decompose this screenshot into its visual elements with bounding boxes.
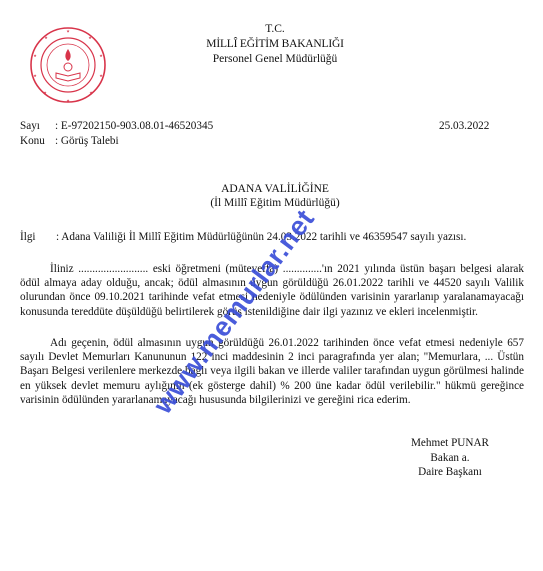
sayi-label: Sayı [20, 119, 40, 134]
svg-text:★: ★ [66, 98, 70, 103]
konu-value: : Görüş Talebi [55, 134, 119, 149]
svg-text:★: ★ [99, 53, 103, 58]
konu-label: Konu [20, 134, 45, 149]
reference-label: İlgi [20, 230, 36, 244]
signatory-name: Mehmet PUNAR [400, 436, 500, 451]
sayi-value: : E-97202150-903.08.01-46520345 [55, 119, 213, 134]
letterhead: T.C. MİLLÎ EĞİTİM BAKANLIĞI Personel Gen… [150, 22, 400, 67]
svg-text:★: ★ [99, 73, 103, 78]
meb-seal-icon: ★ ★ ★ ★ ★ ★ ★ ★ ★ ★ [28, 25, 108, 105]
paragraph-2-text: Adı geçenin, ödül almasının uygun görüld… [20, 337, 524, 406]
addressee-line1: ADANA VALİLİĞİNE [150, 182, 400, 196]
reference-value: : Adana Valiliği İl Millî Eğitim Müdürlü… [56, 230, 466, 244]
header-department: Personel Genel Müdürlüğü [150, 52, 400, 67]
svg-text:★: ★ [33, 53, 37, 58]
addressee-line2: (İl Millî Eğitim Müdürlüğü) [150, 196, 400, 210]
svg-text:★: ★ [33, 73, 37, 78]
konu-row: Konu : Görüş Talebi [20, 134, 520, 149]
header-country: T.C. [150, 22, 400, 37]
sayi-row: Sayı : E-97202150-903.08.01-46520345 25.… [20, 119, 520, 134]
document-date: 25.03.2022 [439, 119, 489, 134]
svg-text:★: ★ [66, 29, 70, 34]
header-ministry: MİLLÎ EĞİTİM BAKANLIĞI [150, 37, 400, 52]
signatory-authority: Bakan a. [400, 451, 500, 466]
ministry-seal-logo: ★ ★ ★ ★ ★ ★ ★ ★ ★ ★ [28, 25, 108, 105]
svg-text:★: ★ [43, 90, 47, 95]
signature-block: Mehmet PUNAR Bakan a. Daire Başkanı [400, 436, 500, 480]
document-meta: Sayı : E-97202150-903.08.01-46520345 25.… [20, 119, 520, 149]
addressee: ADANA VALİLİĞİNE (İl Millî Eğitim Müdürl… [150, 182, 400, 210]
svg-text:★: ★ [44, 35, 48, 40]
svg-text:★: ★ [89, 90, 93, 95]
signatory-title: Daire Başkanı [400, 465, 500, 480]
svg-text:★: ★ [88, 35, 92, 40]
body-paragraph-2: Adı geçenin, ödül almasının uygun görüld… [20, 336, 524, 407]
